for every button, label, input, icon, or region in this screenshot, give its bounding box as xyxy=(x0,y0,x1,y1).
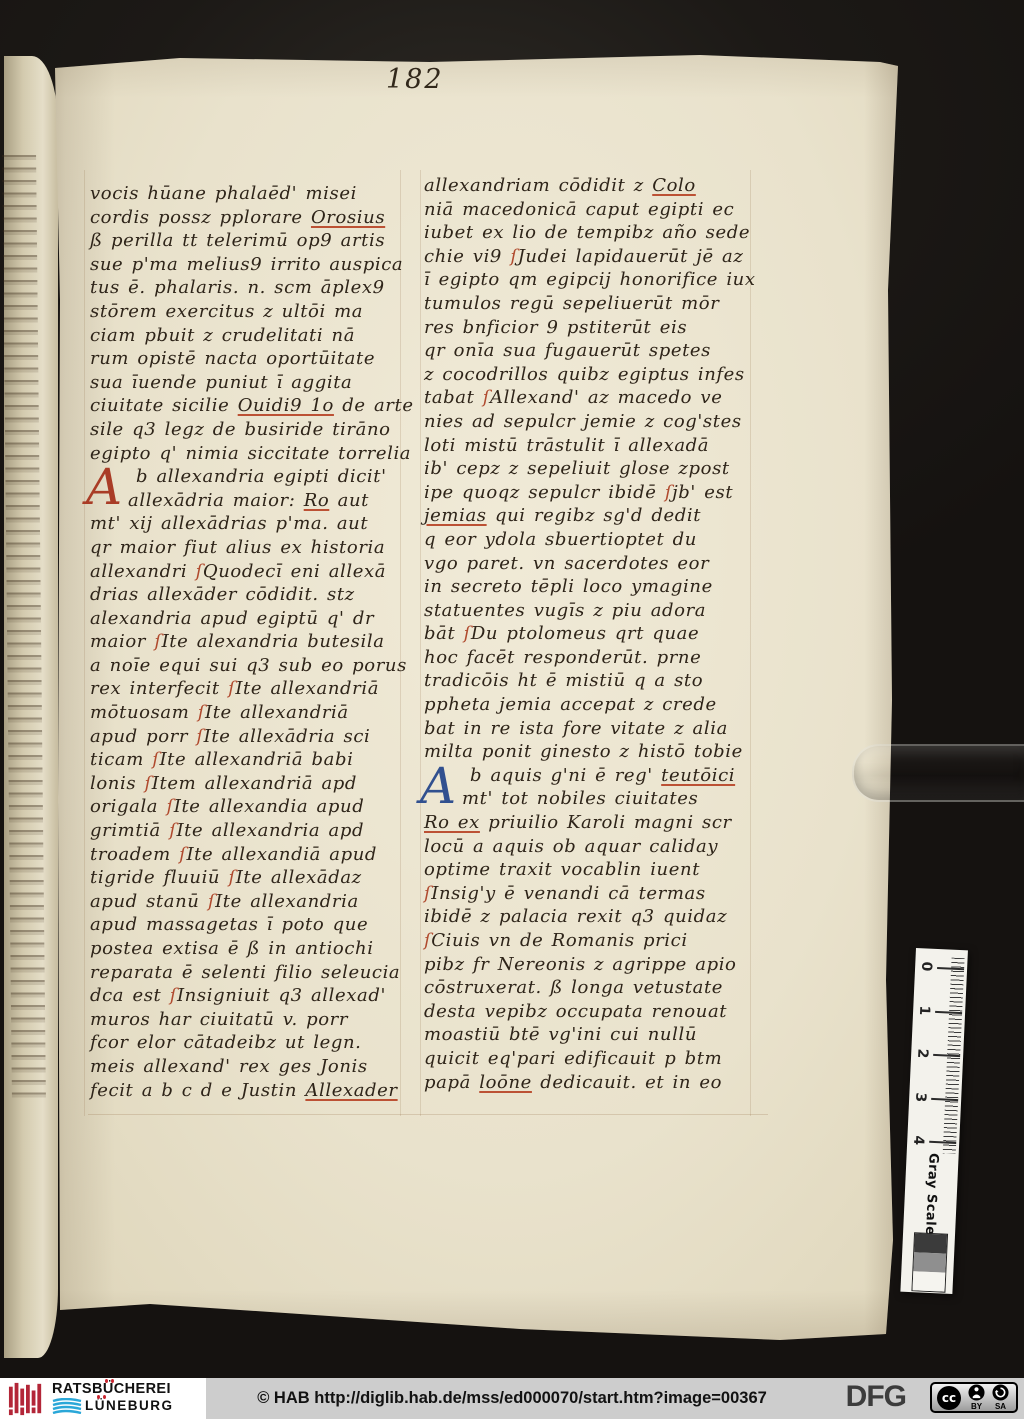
manuscript-line: bāt ſDu ptolomeus qrt quae xyxy=(424,622,750,646)
manuscript-line: tus ē. phalaris. n. scm āplex9 xyxy=(90,276,402,300)
manuscript-line: tumulos regū sepeliuerūt mōr xyxy=(424,292,750,316)
manuscript-line: hoc facēt responderūt. prne xyxy=(424,646,750,670)
manuscript-line: tabat ſAllexand' az macedo ve xyxy=(424,386,750,410)
ruler-number: 3 xyxy=(912,1088,929,1105)
manuscript-line: jemias qui regibz sg'd dedit xyxy=(424,504,750,528)
dfg-logo: DFG xyxy=(846,1380,906,1414)
manuscript-line: vocis hūane phalaēd' misei xyxy=(90,182,402,206)
manuscript-line: stōrem exercitus z ultōi ma xyxy=(90,300,402,324)
manuscript-line: ciam pbuit z crudelitati nā xyxy=(90,324,402,348)
grayscale-patches xyxy=(911,1232,948,1292)
manuscript-line: loti mistū trāstulit ī allexadā xyxy=(424,434,750,458)
manuscript-line: ibidē z palacia rexit q3 quidaz xyxy=(424,905,750,929)
manuscript-line: maior ſIte alexandria butesila xyxy=(90,630,402,654)
manuscript-line: ib' cepz z sepeliuit glose zpost xyxy=(424,457,750,481)
ruler-number: 0 xyxy=(918,958,935,975)
grayscale-patch xyxy=(912,1271,945,1291)
manuscript-line: statuentes vugīs z piu adora xyxy=(424,599,750,623)
manuscript-line: troadem ſIte allexandiā apud xyxy=(90,843,402,867)
library-logo: RATSBÜCHEREI LÜNEBURG xyxy=(0,1378,206,1419)
manuscript-line: a noīe equi sui q3 sub eo porus xyxy=(90,654,402,678)
manuscript-line: nies ad sepulcr jemie z cog'stes xyxy=(424,410,750,434)
manuscript-line: vgo paret. vn sacerdotes eor xyxy=(424,552,750,576)
manuscript-line: papā loōne dedicauit. et in eo xyxy=(424,1071,750,1095)
manuscript-line: ipe quoqz sepulcr ibidē ſjb' est xyxy=(424,481,750,505)
cc-by-icon xyxy=(968,1384,985,1401)
manuscript-line: z cocodrillos quibz egiptus infes xyxy=(424,363,750,387)
grayscale-patch xyxy=(914,1233,947,1253)
manuscript-line: ſInsig'y ē venandi cā termas xyxy=(424,882,750,906)
manuscript-page: 182 vocis hūane phalaēd' miseicordis pos… xyxy=(20,48,902,1350)
manuscript-line: sua īuende puniut ī aggita xyxy=(90,371,402,395)
manuscript-line: rex interfecit ſIte allexandriā xyxy=(90,677,402,701)
manuscript-line: dca est ſInsigniuit q3 allexad' xyxy=(90,984,402,1008)
manuscript-line: apud porr ſIte allexādria sci xyxy=(90,725,402,749)
library-logo-icon xyxy=(6,1381,46,1417)
manuscript-line: drias allexāder cōdidit. stz xyxy=(90,583,402,607)
manuscript-line: ī egipto qm egipcij honorifice iux xyxy=(424,268,750,292)
manuscript-line: moastiū btē vg'ini cui nullū xyxy=(424,1023,750,1047)
manuscript-line: cordis possz pplorare Orosius xyxy=(90,206,402,230)
ruling-line xyxy=(420,170,421,1116)
grayscale-ruler: 01234 Gray Scale xyxy=(900,948,968,1294)
manuscript-line: pibz fr Nereonis z agrippe apio xyxy=(424,953,750,977)
manuscript-line: desta vepibz occupata renouat xyxy=(424,1000,750,1024)
manuscript-line: egipto q' nimia siccitate torrelia xyxy=(90,442,402,466)
cc-icon: cc xyxy=(937,1386,961,1410)
manuscript-line: muros har ciuitatū v. porr xyxy=(90,1008,402,1032)
ruler-number: 4 xyxy=(910,1132,927,1149)
manuscript-line: mōtuosam ſIte allexandriā xyxy=(90,701,402,725)
manuscript-line: alexandria apud egiptū q' dr xyxy=(90,607,402,631)
manuscript-line: origala ſIte allexandia apud xyxy=(90,795,402,819)
manuscript-line: Ro ex priuilio Karoli magni scr xyxy=(424,811,750,835)
manuscript-line: lonis ſItem allexandriā apd xyxy=(90,772,402,796)
manuscript-line: b allexandria egipti dicit'A xyxy=(90,465,402,489)
manuscript-line: mt' tot nobiles ciuitates xyxy=(424,787,750,811)
manuscript-line: grimtiā ſIte allexandria apd xyxy=(90,819,402,843)
manuscript-line: iubet ex lio de tempibz año sede xyxy=(424,221,750,245)
manuscript-line: locū a aquis ob aquar caliday xyxy=(424,835,750,859)
library-name-line1: RATSBÜCHEREI xyxy=(52,1381,174,1397)
manuscript-line: in secreto tēpli loco ymagine xyxy=(424,575,750,599)
cc-sa-icon xyxy=(992,1384,1009,1401)
library-city: LÜNEBURG xyxy=(85,1397,174,1415)
page-number: 182 xyxy=(386,64,444,95)
manuscript-line: bat in re ista fore vitate z alia xyxy=(424,717,750,741)
copyright-text: © HAB http://diglib.hab.de/mss/ed000070/… xyxy=(257,1389,767,1408)
manuscript-line: niā macedonicā caput egipti ec xyxy=(424,198,750,222)
manuscript-line: qr onīa sua fugauerūt spetes xyxy=(424,339,750,363)
book-waves-icon xyxy=(52,1398,82,1414)
manuscript-line: mt' xij allexādrias p'ma. aut xyxy=(90,512,402,536)
library-name: RATSBÜCHEREI LÜNEBURG xyxy=(52,1381,174,1415)
facing-page-edge xyxy=(4,56,58,1358)
manuscript-line: apud massagetas ī poto que xyxy=(90,913,402,937)
manuscript-line: b aquis g'ni ē reg' teutōiciA xyxy=(424,764,750,788)
text-column-1: vocis hūane phalaēd' miseicordis possz p… xyxy=(90,182,402,1102)
manuscript-line: rum opistē nacta oportūitate xyxy=(90,347,402,371)
manuscript-line: allexandriam cōdidit z Colo xyxy=(424,174,750,198)
manuscript-line: fecit a b c d e Justin Allexader xyxy=(90,1079,402,1103)
manuscript-line: quicit eq'pari edificauit p btm xyxy=(424,1047,750,1071)
manuscript-line: optime traxit vocablin iuent xyxy=(424,858,750,882)
manuscript-line: tigride fluuiū ſIte allexādaz xyxy=(90,866,402,890)
page-holder-strip xyxy=(852,744,1024,802)
cc-sa-block: SA xyxy=(992,1384,1009,1411)
manuscript-line: ciuitate sicilie Ouidi9 1o de arte xyxy=(90,394,402,418)
manuscript-line: ppheta jemia accepat z crede xyxy=(424,693,750,717)
manuscript-line: chie vi9 ſJudei lapidauerūt jē az xyxy=(424,245,750,269)
ruling-line xyxy=(88,1114,768,1115)
manuscript-line: ticam ſIte allexandriā babi xyxy=(90,748,402,772)
manuscript-line: meis allexand' rex ges Jonis xyxy=(90,1055,402,1079)
manuscript-line: ß perilla tt telerimū op9 artis xyxy=(90,229,402,253)
library-name-line2: LÜNEBURG xyxy=(52,1397,174,1415)
manuscript-line: allexandri ſQuodecī eni allexā xyxy=(90,560,402,584)
manuscript-line: qr maior fiut alius ex historia xyxy=(90,536,402,560)
manuscript-line: sile q3 legz de busiride tirāno xyxy=(90,418,402,442)
manuscript-line: sue p'ma melius9 irrito auspica xyxy=(90,253,402,277)
manuscript-line: q eor ydola sbuertioptet du xyxy=(424,528,750,552)
manuscript-line: postea extisa ē ß in antiochi xyxy=(90,937,402,961)
manuscript-line: milta ponit ginesto z histō tobie xyxy=(424,740,750,764)
manuscript-line: fcor elor cātadeibz ut legn. xyxy=(90,1031,402,1055)
manuscript-line: tradicōis ht ē mistiū q a sto xyxy=(424,669,750,693)
manuscript-line: reparata ē selenti filio seleucia xyxy=(90,961,402,985)
ruling-line xyxy=(84,170,85,1116)
footer-bar: RATSBÜCHEREI LÜNEBURG © HAB http://digli… xyxy=(0,1378,1024,1419)
digitized-manuscript-photo: 182 vocis hūane phalaēd' miseicordis pos… xyxy=(0,0,1024,1419)
manuscript-line: apud stanū ſIte allexandria xyxy=(90,890,402,914)
ruler-label: Gray Scale xyxy=(922,1153,941,1236)
grayscale-patch xyxy=(913,1252,946,1272)
ruler-number: 1 xyxy=(916,1002,933,1019)
facing-page-text-fragment xyxy=(2,152,46,1104)
ruler-numbers: 01234 xyxy=(916,948,968,950)
manuscript-line: allexādria maior: Ro aut xyxy=(90,489,402,513)
cc-by-block: BY xyxy=(968,1384,985,1411)
cc-license-badge: cc BY SA xyxy=(930,1382,1018,1413)
manuscript-line: cōstruxerat. ß longa vetustate xyxy=(424,976,750,1000)
manuscript-line: res bnficior 9 pstiterūt eis xyxy=(424,316,750,340)
text-column-2: allexandriam cōdidit z Coloniā macedonic… xyxy=(424,174,750,1094)
ruler-number: 2 xyxy=(914,1045,931,1062)
manuscript-line: ſCiuis vn de Romanis prici xyxy=(424,929,750,953)
ruling-line xyxy=(750,170,751,1116)
